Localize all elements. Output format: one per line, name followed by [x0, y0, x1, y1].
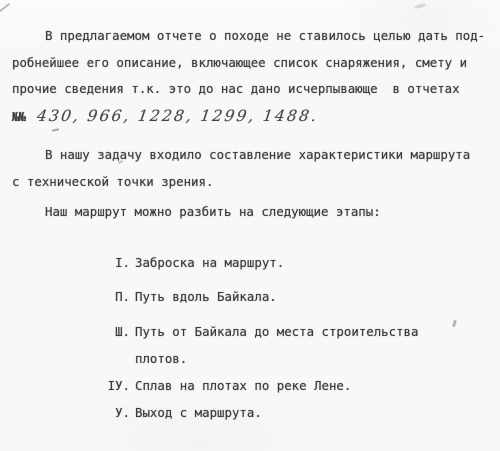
paragraph-line: робнейшее его описание, включающее списо…	[12, 50, 494, 77]
stage-text-line: Путь от Байкала до места строительства	[135, 318, 418, 345]
stage-numeral: IУ.	[104, 372, 130, 399]
stage-numeral: У.	[104, 399, 130, 426]
stage-text-line: плотов.	[135, 345, 418, 372]
pen-tick-right	[452, 320, 457, 328]
stage-text-line: Выход с маршрута.	[135, 399, 262, 426]
paragraph-intro: В предлагаемом отчете о походе не ставил…	[12, 23, 494, 129]
report-numbers-line: №№ 430, 966, 1228, 1299, 1488.	[12, 103, 494, 130]
stage-text-line: Путь вдоль Байкала.	[135, 283, 277, 310]
paragraph-task: В нашу задачу входило составление характ…	[12, 142, 494, 195]
pen-mark-top-left	[0, 3, 10, 13]
stage-text-line: Заброска на маршрут.	[135, 249, 284, 276]
handwritten-report-numbers: 430, 966, 1228, 1299, 1488.	[35, 103, 320, 130]
stage-numeral: I.	[104, 249, 130, 276]
paragraph-line: В нашу задачу входило составление характ…	[12, 142, 494, 169]
stage-item-2: П. Путь вдоль Байкала.	[104, 283, 277, 310]
stage-numeral: П.	[104, 283, 130, 310]
stage-item-4: IУ. Сплав на плотах по реке Лене.	[104, 372, 351, 399]
paragraph-line: В предлагаемом отчете о походе не ставил…	[12, 23, 494, 50]
smudge-top-right	[414, 3, 427, 10]
paragraph-stages-intro: Наш маршрут можно разбить на следующие э…	[12, 199, 494, 226]
numero-signs: №№	[12, 104, 25, 131]
paragraph-line: с технической точки зрения.	[12, 169, 494, 196]
paragraph-line: Наш маршрут можно разбить на следующие э…	[12, 199, 494, 226]
stage-item-1: I. Заброска на маршрут.	[104, 249, 284, 276]
paragraph-line: прочие сведения т.к. это до нас дано исч…	[12, 76, 494, 103]
scanned-document-page: В предлагаемом отчете о походе не ставил…	[0, 0, 500, 451]
stage-item-5: У. Выход с маршрута.	[104, 399, 262, 426]
stage-item-3: Ш. Путь от Байкала до места строительств…	[104, 318, 418, 372]
stage-text-line: Сплав на плотах по реке Лене.	[135, 372, 351, 399]
stage-numeral: Ш.	[104, 318, 130, 345]
